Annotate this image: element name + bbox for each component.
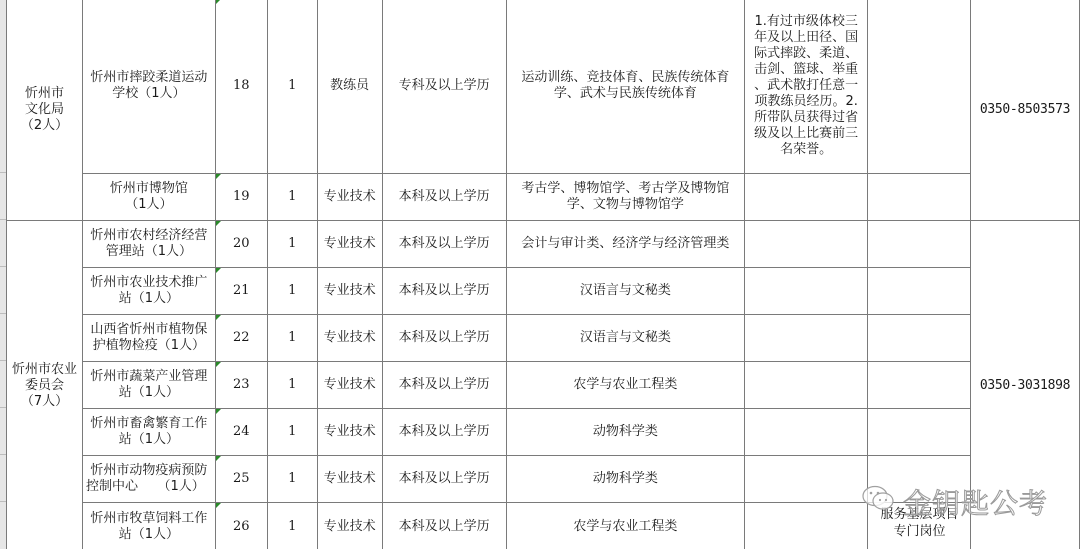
remark-cell[interactable] [868, 409, 971, 456]
education-cell[interactable]: 本科及以上学历 [382, 221, 506, 268]
requirement-cell[interactable] [745, 221, 868, 268]
requirement-cell[interactable] [745, 456, 868, 503]
education-cell[interactable]: 专科及以上学历 [382, 0, 506, 174]
unit-cell[interactable]: 忻州市牧草饲料工作 站（1人） [82, 503, 215, 549]
count-cell[interactable]: 1 [267, 503, 317, 549]
remark-cell[interactable] [868, 221, 971, 268]
code-cell[interactable]: 25 [215, 456, 267, 503]
major-cell[interactable]: 动物科学类 [506, 409, 745, 456]
count-cell[interactable]: 1 [267, 456, 317, 503]
code-cell[interactable]: 24 [215, 409, 267, 456]
requirement-cell[interactable] [745, 268, 868, 315]
requirement-cell[interactable] [745, 362, 868, 409]
table-row: 忻州市畜禽繁育工作 站（1人） 24 1 专业技术 本科及以上学历 动物科学类 [7, 409, 1080, 456]
count-cell[interactable]: 1 [267, 315, 317, 362]
education-cell[interactable]: 本科及以上学历 [382, 503, 506, 549]
code-cell[interactable]: 20 [215, 221, 267, 268]
count-cell[interactable]: 1 [267, 409, 317, 456]
code-cell[interactable]: 19 [215, 174, 267, 221]
education-cell[interactable]: 本科及以上学历 [382, 174, 506, 221]
post-cell[interactable]: 专业技术 [317, 315, 382, 362]
recruitment-table: 忻州市 文化局 （2人） 忻州市摔跤柔道运动 学校（1人） 18 1 教练员 专… [6, 0, 1080, 549]
post-cell[interactable]: 专业技术 [317, 456, 382, 503]
code-cell[interactable]: 18 [215, 0, 267, 174]
unit-cell[interactable]: 忻州市畜禽繁育工作 站（1人） [82, 409, 215, 456]
phone-cell[interactable]: 0350-3031898 [971, 221, 1080, 549]
count-cell[interactable]: 1 [267, 174, 317, 221]
remark-cell[interactable] [868, 456, 971, 503]
requirement-cell[interactable] [745, 409, 868, 456]
unit-cell[interactable]: 忻州市农业技术推广 站（1人） [82, 268, 215, 315]
unit-cell[interactable]: 忻州市摔跤柔道运动 学校（1人） [82, 0, 215, 174]
requirement-cell[interactable] [745, 503, 868, 549]
code-cell[interactable]: 23 [215, 362, 267, 409]
remark-cell[interactable] [868, 268, 971, 315]
major-cell[interactable]: 汉语言与文秘类 [506, 268, 745, 315]
remark-cell[interactable] [868, 362, 971, 409]
post-cell[interactable]: 专业技术 [317, 409, 382, 456]
department-cell[interactable]: 忻州市 文化局 （2人） [7, 0, 83, 221]
remark-cell[interactable] [868, 315, 971, 362]
code-cell[interactable]: 22 [215, 315, 267, 362]
table-row: 忻州市动物疫病预防 控制中心 （1人） 25 1 专业技术 本科及以上学历 动物… [7, 456, 1080, 503]
table-row: 忻州市 文化局 （2人） 忻州市摔跤柔道运动 学校（1人） 18 1 教练员 专… [7, 0, 1080, 174]
table-row: 忻州市博物馆 （1人） 19 1 专业技术 本科及以上学历 考古学、博物馆学、考… [7, 174, 1080, 221]
remark-cell[interactable] [868, 0, 971, 174]
table-row: 忻州市蔬菜产业管理 站（1人） 23 1 专业技术 本科及以上学历 农学与农业工… [7, 362, 1080, 409]
major-cell[interactable]: 运动训练、竞技体育、民族传统体育 学、武术与民族传统体育 [506, 0, 745, 174]
remark-text-service-post: 服务基层项目 专门岗位 [868, 506, 971, 540]
major-cell[interactable]: 农学与农业工程类 [506, 362, 745, 409]
major-cell[interactable]: 农学与农业工程类 [506, 503, 745, 549]
unit-cell[interactable]: 忻州市博物馆 （1人） [82, 174, 215, 221]
unit-cell[interactable]: 忻州市蔬菜产业管理 站（1人） [82, 362, 215, 409]
education-cell[interactable]: 本科及以上学历 [382, 362, 506, 409]
post-cell[interactable]: 专业技术 [317, 362, 382, 409]
count-cell[interactable]: 1 [267, 221, 317, 268]
remark-cell[interactable] [868, 174, 971, 221]
count-cell[interactable]: 1 [267, 362, 317, 409]
education-cell[interactable]: 本科及以上学历 [382, 409, 506, 456]
requirement-cell[interactable] [745, 174, 868, 221]
post-cell[interactable]: 教练员 [317, 0, 382, 174]
post-cell[interactable]: 专业技术 [317, 503, 382, 549]
department-cell[interactable]: 忻州市农业 委员会 （7人） [7, 221, 83, 549]
table-row: 山西省忻州市植物保 护植物检疫（1人） 22 1 专业技术 本科及以上学历 汉语… [7, 315, 1080, 362]
unit-cell[interactable]: 忻州市农村经济经营 管理站（1人） [82, 221, 215, 268]
major-cell[interactable]: 考古学、博物馆学、考古学及博物馆 学、文物与博物馆学 [506, 174, 745, 221]
table-row: 忻州市农业 委员会 （7人） 忻州市农村经济经营 管理站（1人） 20 1 专业… [7, 221, 1080, 268]
major-cell[interactable]: 动物科学类 [506, 456, 745, 503]
unit-cell[interactable]: 山西省忻州市植物保 护植物检疫（1人） [82, 315, 215, 362]
count-cell[interactable]: 1 [267, 0, 317, 174]
requirement-cell[interactable]: 1.有过市级体校三 年及以上田径、国 际式摔跤、柔道、 击剑、篮球、举重 、武术… [745, 0, 868, 174]
post-cell[interactable]: 专业技术 [317, 221, 382, 268]
unit-cell[interactable]: 忻州市动物疫病预防 控制中心 （1人） [82, 456, 215, 503]
table-row: 忻州市农业技术推广 站（1人） 21 1 专业技术 本科及以上学历 汉语言与文秘… [7, 268, 1080, 315]
code-cell[interactable]: 21 [215, 268, 267, 315]
post-cell[interactable]: 专业技术 [317, 268, 382, 315]
education-cell[interactable]: 本科及以上学历 [382, 456, 506, 503]
code-cell[interactable]: 26 [215, 503, 267, 549]
requirement-cell[interactable] [745, 315, 868, 362]
major-cell[interactable]: 汉语言与文秘类 [506, 315, 745, 362]
education-cell[interactable]: 本科及以上学历 [382, 268, 506, 315]
major-cell[interactable]: 会计与审计类、经济学与经济管理类 [506, 221, 745, 268]
count-cell[interactable]: 1 [267, 268, 317, 315]
post-cell[interactable]: 专业技术 [317, 174, 382, 221]
education-cell[interactable]: 本科及以上学历 [382, 315, 506, 362]
phone-cell[interactable]: 0350-8503573 [971, 0, 1080, 221]
